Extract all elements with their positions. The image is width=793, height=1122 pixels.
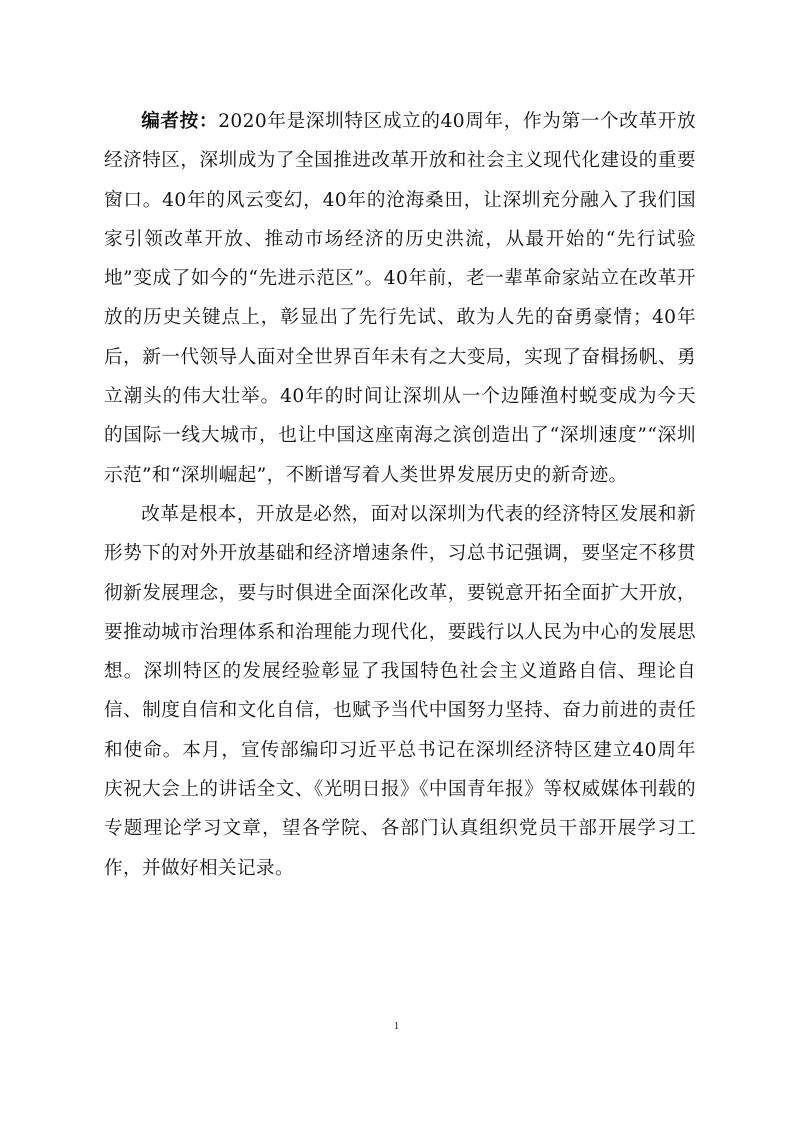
paragraph-text: 2020年是深圳特区成立的40周年，作为第一个改革开放经济特区，深圳成为了全国推… — [104, 111, 696, 486]
body-paragraph: 改革是根本，开放是必然，面对以深圳为代表的经济特区发展和新形势下的对外开放基础和… — [104, 495, 696, 888]
editor-note-label: 编者按： — [141, 111, 218, 132]
editor-note-paragraph: 编者按：2020年是深圳特区成立的40周年，作为第一个改革开放经济特区，深圳成为… — [104, 102, 696, 495]
page-number: 1 — [0, 1020, 793, 1032]
document-body: 编者按：2020年是深圳特区成立的40周年，作为第一个改革开放经济特区，深圳成为… — [104, 102, 696, 888]
